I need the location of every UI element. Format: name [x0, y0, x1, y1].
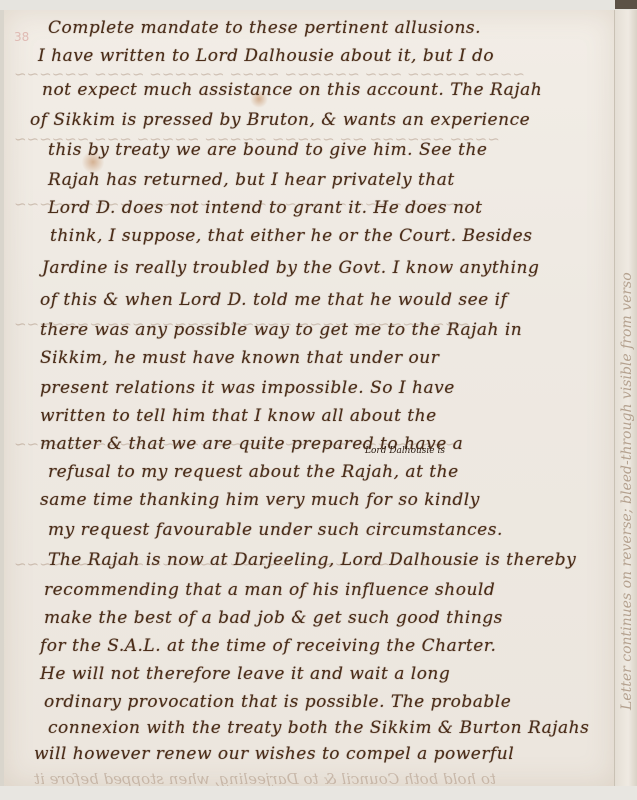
text-line: same time thanking him very much for so … — [40, 490, 480, 510]
page-number-mark: 38 — [14, 30, 29, 44]
scan-corner-mark — [615, 0, 637, 9]
interlinear-annotation: Lord Dalhousie is — [365, 446, 445, 456]
margin-bleed-text: Letter continues on reverse; bleed-throu… — [619, 272, 635, 710]
text-line: make the best of a bad job & get such go… — [44, 608, 503, 628]
text-line: present relations it was impossible. So … — [40, 378, 455, 398]
text-line: will however renew our wishes to compel … — [34, 744, 514, 764]
text-line: my request favourable under such circums… — [48, 520, 503, 540]
text-line: I have written to Lord Dalhousie about i… — [38, 46, 494, 66]
text-line: He will not therefore leave it and wait … — [40, 664, 450, 684]
text-line: connexion with the treaty both the Sikki… — [48, 718, 589, 738]
text-line: of this & when Lord D. told me that he w… — [40, 290, 507, 310]
text-line: Lord D. does not intend to grant it. He … — [48, 198, 483, 218]
text-line: Complete mandate to these pertinent allu… — [48, 18, 481, 38]
text-line: this by treaty we are bound to give him.… — [48, 140, 487, 160]
text-line: ordinary provocation that is possible. T… — [44, 692, 511, 712]
scan-bottom-border — [0, 786, 637, 800]
text-line: refusal to my request about the Rajah, a… — [48, 462, 459, 482]
text-line: not expect much assistance on this accou… — [42, 80, 542, 100]
binding-edge: Letter continues on reverse; bleed-throu… — [614, 10, 637, 800]
text-line: Sikkim, he must have known that under ou… — [40, 348, 439, 368]
text-line: written to tell him that I know all abou… — [40, 406, 437, 426]
text-line: there was any possible way to get me to … — [40, 320, 522, 340]
text-line: of Sikkim is pressed by Bruton, & wants … — [30, 110, 530, 130]
text-line: Jardine is really troubled by the Govt. … — [42, 258, 539, 278]
text-line: Rajah has returned, but I hear privately… — [48, 170, 455, 190]
text-line: The Rajah is now at Darjeeling, Lord Dal… — [48, 550, 576, 570]
text-line: for the S.A.L. at the time of receiving … — [40, 636, 496, 656]
scan-top-border — [0, 0, 637, 10]
text-line: think, I suppose, that either he or the … — [50, 226, 532, 246]
text-line: recommending that a man of his influence… — [44, 580, 495, 600]
